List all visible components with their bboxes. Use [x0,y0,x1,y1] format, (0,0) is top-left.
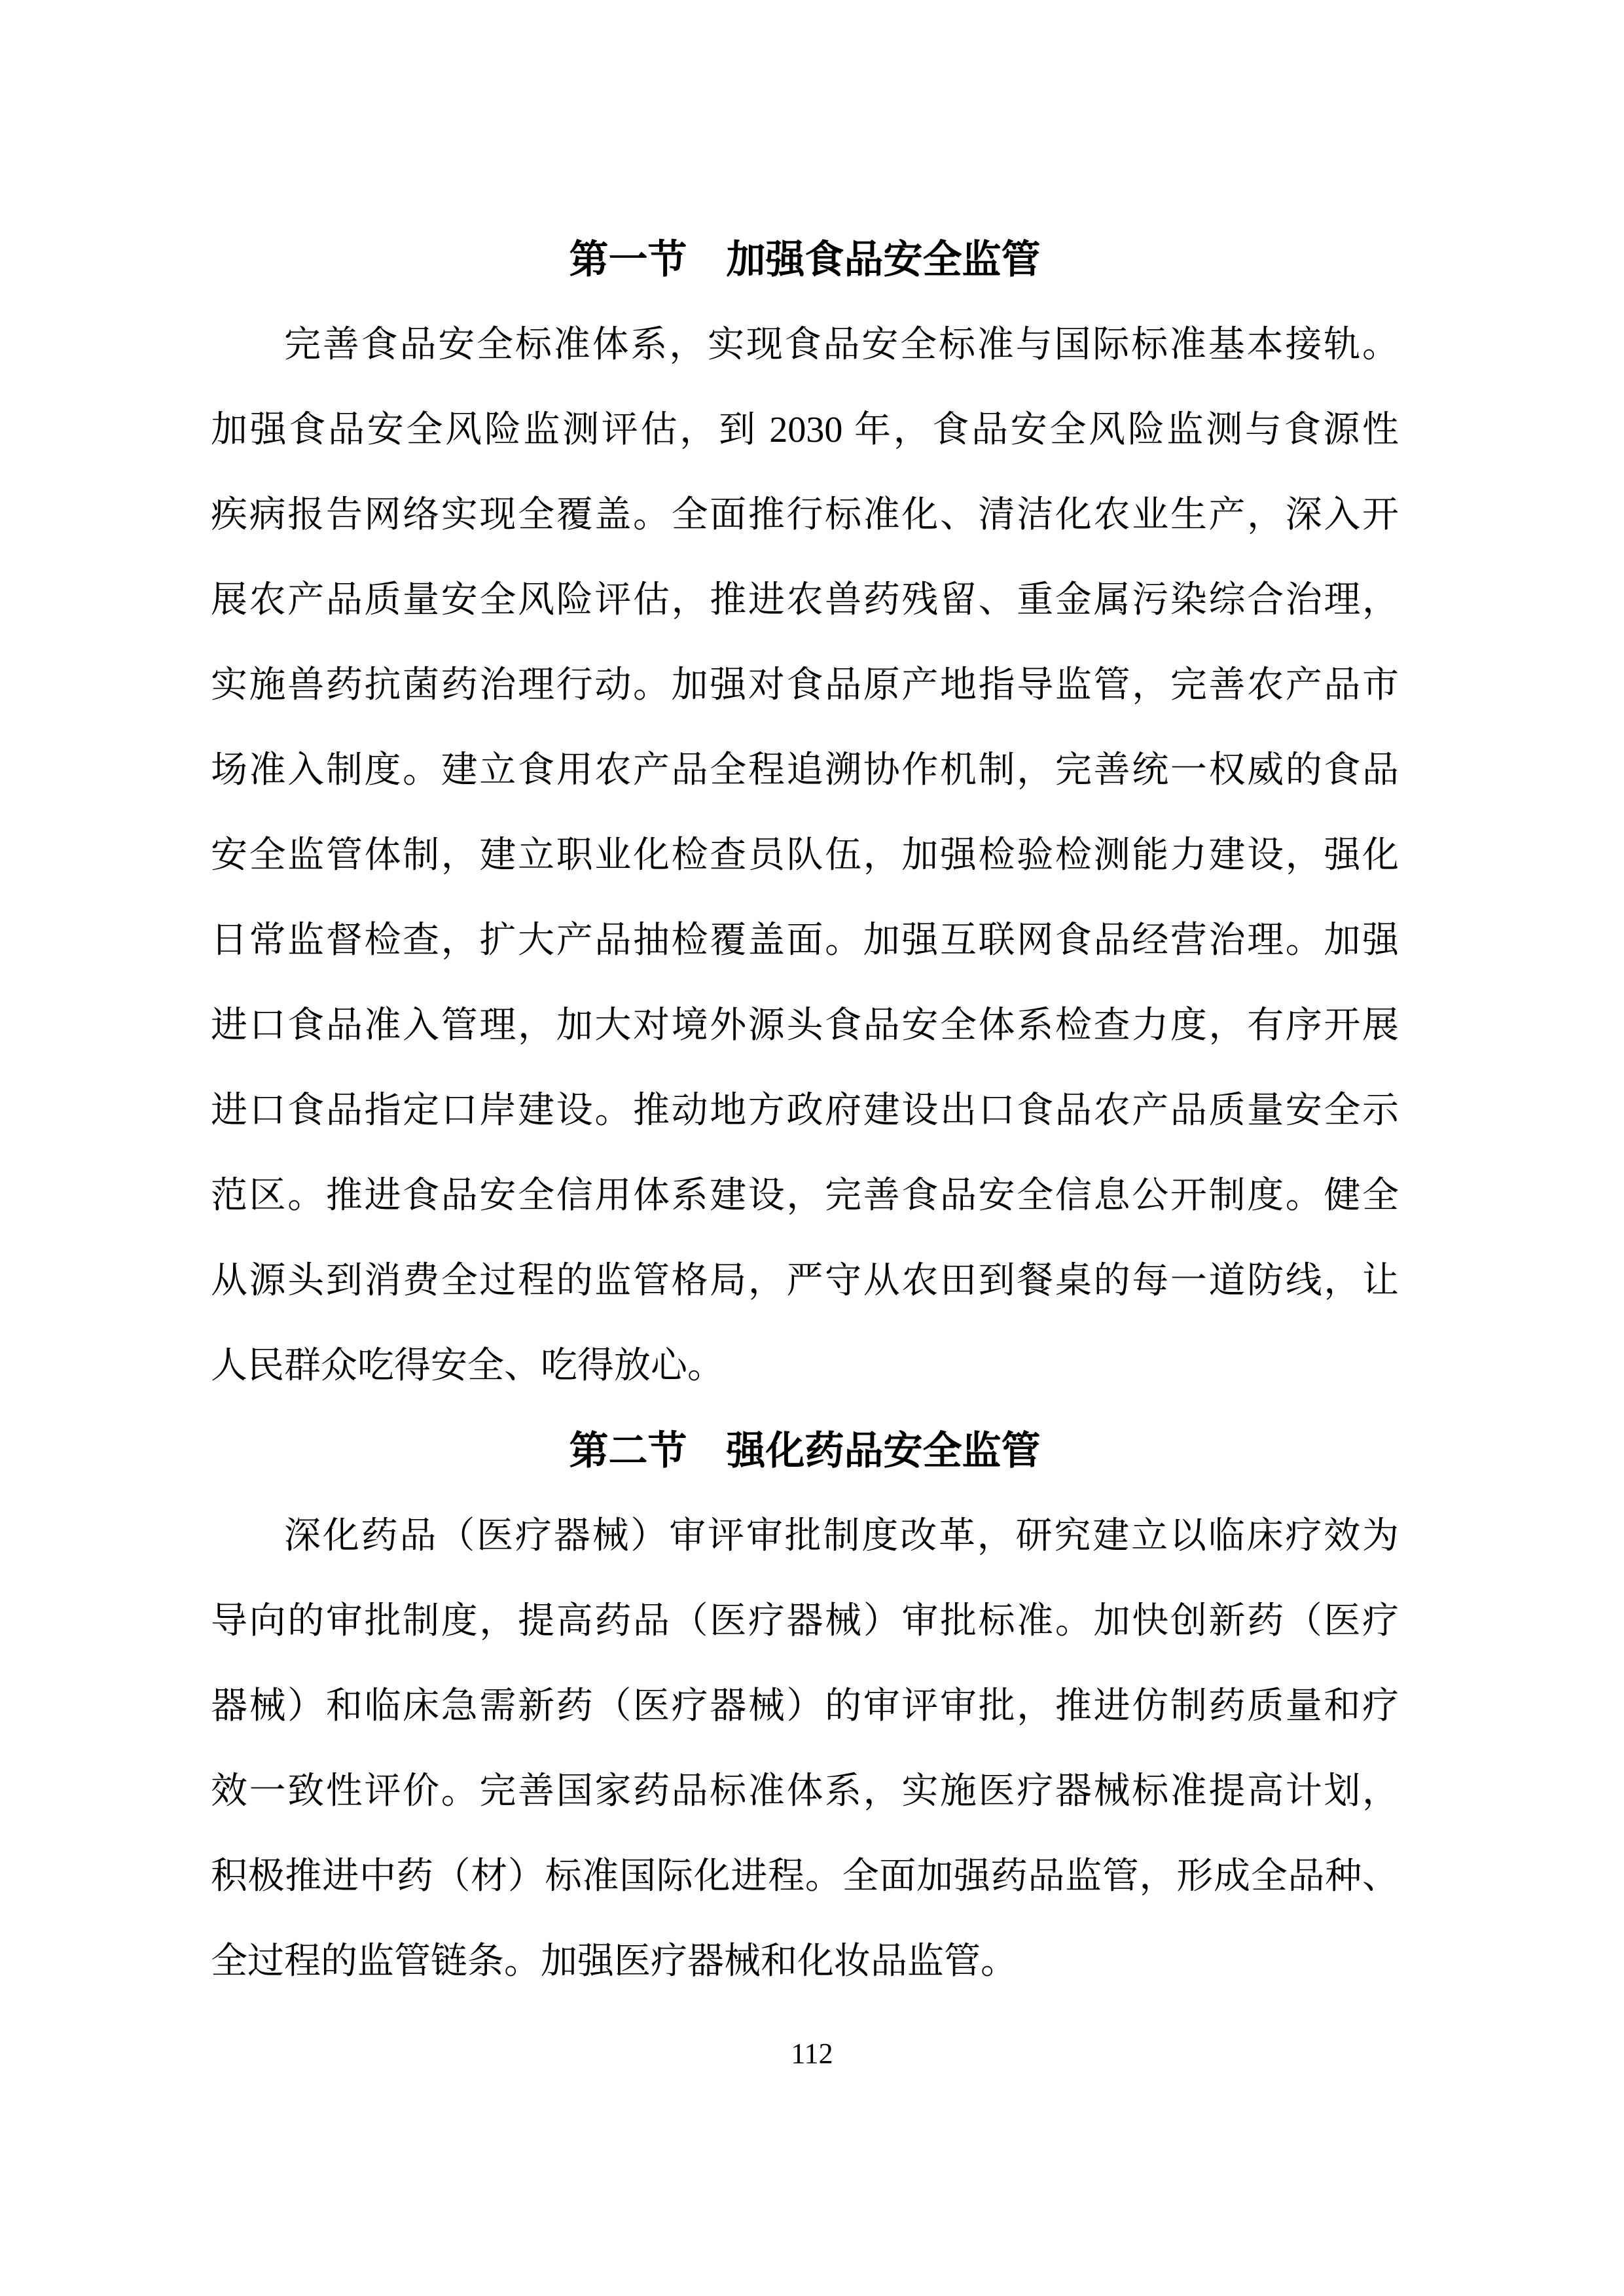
body-text-line: 进口食品指定口岸建设。推动地方政府建设出口食品农产品质量安全示 [211,1068,1399,1153]
body-text-line: 进口食品准入管理，加大对境外源头食品安全体系检查力度，有序开展 [211,983,1399,1068]
body-text-line: 范区。推进食品安全信用体系建设，完善食品安全信息公开制度。健全 [211,1153,1399,1238]
body-text-line: 从源头到消费全过程的监管格局，严守从农田到餐桌的每一道防线，让 [211,1238,1399,1323]
body-text-line: 完善食品安全标准体系，实现食品安全标准与国际标准基本接轨。 [211,302,1399,387]
body-text-line: 加强食品安全风险监测评估，到 2030 年，食品安全风险监测与食源性 [211,387,1399,473]
body-text-line: 展农产品质量安全风险评估，推进农兽药残留、重金属污染综合治理， [211,558,1399,643]
body-text-line: 深化药品（医疗器械）审评审批制度改革，研究建立以临床疗效为 [211,1494,1399,1579]
body-text-line: 日常监督检查，扩大产品抽检覆盖面。加强互联网食品经营治理。加强 [211,898,1399,983]
body-text-line: 积极推进中药（材）标准国际化进程。全面加强药品监管，形成全品种、 [211,1834,1399,1919]
body-text-line: 器械）和临床急需新药（医疗器械）的审评审批，推进仿制药质量和疗 [211,1664,1399,1749]
section-2-paragraph: 深化药品（医疗器械）审评审批制度改革，研究建立以临床疗效为 导向的审批制度，提高… [211,1494,1399,2004]
page-number: 112 [0,2034,1624,2073]
body-text-line: 实施兽药抗菌药治理行动。加强对食品原产地指导监管，完善农产品市 [211,643,1399,728]
section-2-heading: 第二节 强化药品安全监管 [211,1408,1399,1494]
section-1-paragraph: 完善食品安全标准体系，实现食品安全标准与国际标准基本接轨。 加强食品安全风险监测… [211,302,1399,1408]
section-1-heading: 第一节 加强食品安全监管 [211,217,1399,302]
body-text-line: 疾病报告网络实现全覆盖。全面推行标准化、清洁化农业生产，深入开 [211,473,1399,558]
document-page: 第一节 加强食品安全监管 完善食品安全标准体系，实现食品安全标准与国际标准基本接… [0,0,1624,2296]
body-text-line: 导向的审批制度，提高药品（医疗器械）审批标准。加快创新药（医疗 [211,1579,1399,1664]
body-text-line: 安全监管体制，建立职业化检查员队伍，加强检验检测能力建设，强化 [211,813,1399,898]
document-content: 第一节 加强食品安全监管 完善食品安全标准体系，实现食品安全标准与国际标准基本接… [211,217,1399,2004]
body-text-line: 人民群众吃得安全、吃得放心。 [211,1323,1399,1408]
body-text-line: 场准入制度。建立食用农产品全程追溯协作机制，完善统一权威的食品 [211,728,1399,813]
body-text-line: 效一致性评价。完善国家药品标准体系，实施医疗器械标准提高计划， [211,1749,1399,1834]
body-text-line: 全过程的监管链条。加强医疗器械和化妆品监管。 [211,1919,1399,2004]
